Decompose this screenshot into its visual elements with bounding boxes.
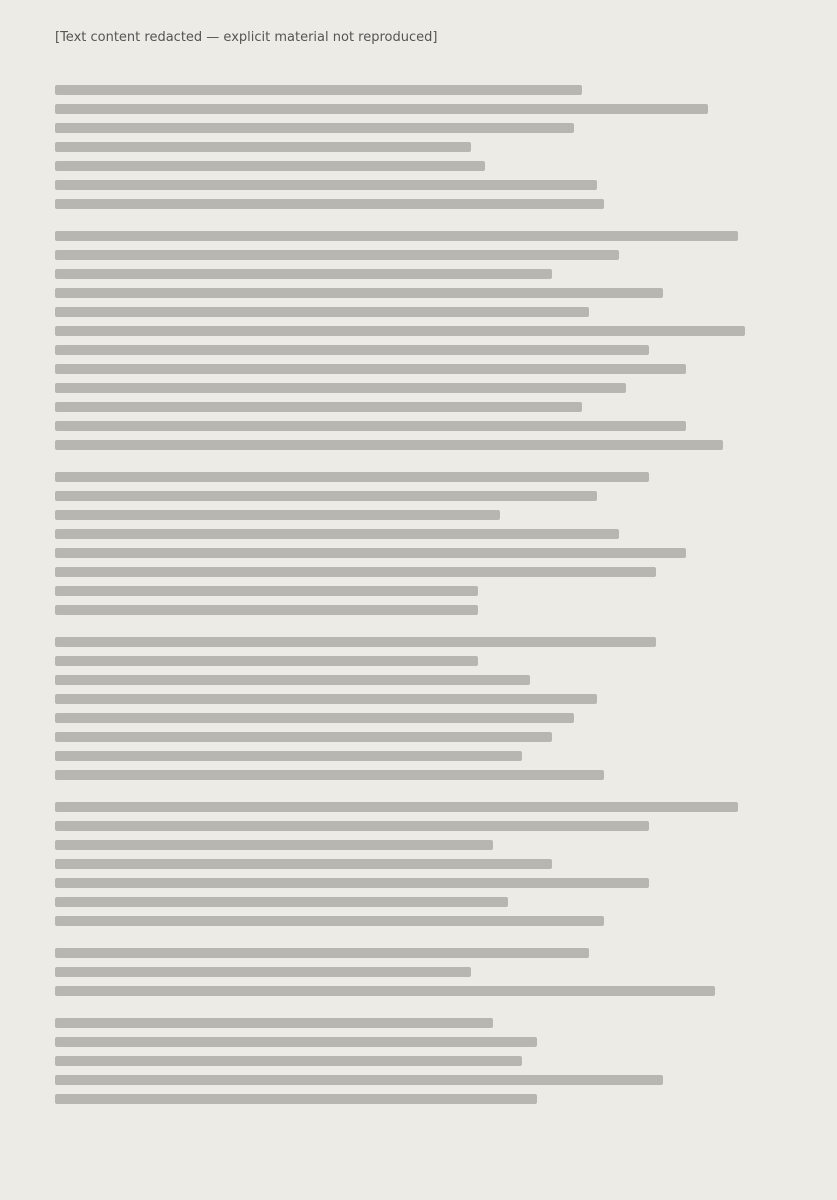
redacted-text-line [55,529,619,539]
redacted-text-line [55,250,619,260]
redacted-text-line [55,948,589,958]
redacted-text-line [55,713,574,723]
paragraph [55,1018,797,1104]
document-page: [Text content redacted — explicit materi… [0,0,837,1200]
redacted-text-line [55,123,574,133]
redacted-text-line [55,751,522,761]
redacted-text-line [55,510,500,520]
paragraph [55,85,797,209]
redacted-text-line [55,694,597,704]
redacted-text-line [55,967,471,977]
redacted-text-line [55,675,530,685]
redacted-text-line [55,364,686,374]
redacted-text-line [55,821,649,831]
redacted-text-line [55,180,597,190]
redacted-text-line [55,402,582,412]
redacted-text-line [55,897,508,907]
redacted-text-line [55,326,745,336]
redacted-text-line [55,421,686,431]
redacted-text-line [55,288,663,298]
redacted-text-line [55,770,604,780]
paragraph [55,472,797,615]
redacted-text-line [55,986,715,996]
redacted-text-line [55,161,485,171]
redacted-text-line [55,383,626,393]
redacted-text-line [55,307,589,317]
paragraph [55,802,797,926]
redacted-text-line [55,104,708,114]
redacted-text-line [55,1094,537,1104]
redacted-text-line [55,269,552,279]
text-area [55,85,797,1126]
redacted-text-line [55,548,686,558]
redacted-text-line [55,802,738,812]
redacted-text-line [55,472,649,482]
redacted-text-line [55,199,604,209]
redacted-text-line [55,586,478,596]
paragraph [55,637,797,780]
redacted-text-line [55,878,649,888]
redacted-text-line [55,567,656,577]
redacted-text-line [55,1018,493,1028]
redacted-text-line [55,605,478,615]
redacted-text-line [55,637,656,647]
redacted-text-line [55,859,552,869]
paragraph [55,231,797,450]
redacted-text-line [55,491,597,501]
redacted-text-line [55,345,649,355]
redacted-text-line [55,1056,522,1066]
paragraph [55,948,797,996]
redacted-text-line [55,231,738,241]
redacted-text-line [55,85,582,95]
redacted-text-line [55,440,723,450]
redacted-text-line [55,142,471,152]
redaction-note: [Text content redacted — explicit materi… [55,30,437,45]
redacted-text-line [55,656,478,666]
redacted-text-line [55,732,552,742]
redacted-text-line [55,916,604,926]
redacted-text-line [55,1075,663,1085]
redacted-text-line [55,840,493,850]
redacted-text-line [55,1037,537,1047]
